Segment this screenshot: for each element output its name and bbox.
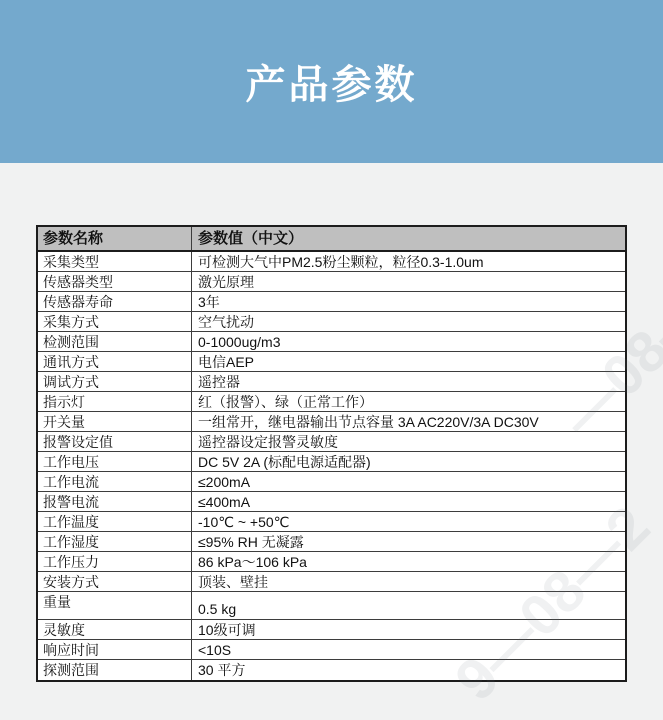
column-header-name: 参数名称 xyxy=(38,227,192,250)
param-value: 可检测大气中PM2.5粉尘颗粒，粒径0.3-1.0um xyxy=(192,252,625,271)
table-row: 通讯方式 电信AEP xyxy=(38,352,625,372)
table-row: 报警设定值 遥控器设定报警灵敏度 xyxy=(38,432,625,452)
param-name: 传感器类型 xyxy=(38,272,192,291)
param-value: 0-1000ug/m3 xyxy=(192,332,625,351)
param-value: 激光原理 xyxy=(192,272,625,291)
table-row: 重量 0.5 kg xyxy=(38,592,625,620)
param-name: 开关量 xyxy=(38,412,192,431)
param-name: 报警设定值 xyxy=(38,432,192,451)
param-name: 检测范围 xyxy=(38,332,192,351)
table-row: 传感器寿命 3年 xyxy=(38,292,625,312)
table-row: 工作湿度 ≤95% RH 无凝露 xyxy=(38,532,625,552)
product-params-table: 参数名称 参数值（中文） 采集类型 可检测大气中PM2.5粉尘颗粒，粒径0.3-… xyxy=(36,225,627,682)
hero-banner: 产品参数 xyxy=(0,0,663,163)
param-value: 3年 xyxy=(192,292,625,311)
param-name: 工作电压 xyxy=(38,452,192,471)
param-value: ≤400mA xyxy=(192,492,625,511)
table-row: 调试方式 遥控器 xyxy=(38,372,625,392)
param-name: 通讯方式 xyxy=(38,352,192,371)
param-name: 工作温度 xyxy=(38,512,192,531)
param-value: 顶装、壁挂 xyxy=(192,572,625,591)
table-row: 工作压力 86 kPa～106 kPa xyxy=(38,552,625,572)
param-value: DC 5V 2A (标配电源适配器) xyxy=(192,452,625,471)
param-name: 工作压力 xyxy=(38,552,192,571)
table-row: 开关量 一组常开，继电器输出节点容量 3A AC220V/3A DC30V xyxy=(38,412,625,432)
param-name: 安装方式 xyxy=(38,572,192,591)
table-row: 工作电压 DC 5V 2A (标配电源适配器) xyxy=(38,452,625,472)
param-value: 一组常开，继电器输出节点容量 3A AC220V/3A DC30V xyxy=(192,412,625,431)
param-name: 灵敏度 xyxy=(38,620,192,639)
param-value: 红（报警）、绿（正常工作） xyxy=(192,392,625,411)
table-row: 采集方式 空气扰动 xyxy=(38,312,625,332)
table-row: 工作温度 -10℃ ~ +50℃ xyxy=(38,512,625,532)
param-name: 重量 xyxy=(38,592,192,619)
param-name: 指示灯 xyxy=(38,392,192,411)
table-row: 响应时间 <10S xyxy=(38,640,625,660)
param-name: 报警电流 xyxy=(38,492,192,511)
param-value: ≤95% RH 无凝露 xyxy=(192,532,625,551)
param-name: 调试方式 xyxy=(38,372,192,391)
table-row: 安装方式 顶装、壁挂 xyxy=(38,572,625,592)
param-name: 响应时间 xyxy=(38,640,192,659)
param-value: 遥控器设定报警灵敏度 xyxy=(192,432,625,451)
param-name: 采集类型 xyxy=(38,252,192,271)
table-row: 报警电流 ≤400mA xyxy=(38,492,625,512)
column-header-value: 参数值（中文） xyxy=(192,227,625,250)
param-value: 电信AEP xyxy=(192,352,625,371)
param-value: 空气扰动 xyxy=(192,312,625,331)
table-row: 工作电流 ≤200mA xyxy=(38,472,625,492)
table-row: 指示灯 红（报警）、绿（正常工作） xyxy=(38,392,625,412)
table-row: 探测范围 30 平方 xyxy=(38,660,625,680)
table-header-row: 参数名称 参数值（中文） xyxy=(38,227,625,252)
table-row: 灵敏度 10级可调 xyxy=(38,620,625,640)
param-value: 0.5 kg xyxy=(192,592,625,619)
param-value: 30 平方 xyxy=(192,660,625,680)
param-name: 探测范围 xyxy=(38,660,192,680)
param-name: 工作湿度 xyxy=(38,532,192,551)
table-row: 传感器类型 激光原理 xyxy=(38,272,625,292)
param-name: 工作电流 xyxy=(38,472,192,491)
param-value: <10S xyxy=(192,640,625,659)
param-value: 10级可调 xyxy=(192,620,625,639)
table-row: 检测范围 0-1000ug/m3 xyxy=(38,332,625,352)
param-name: 采集方式 xyxy=(38,312,192,331)
param-value: 遥控器 xyxy=(192,372,625,391)
param-name: 传感器寿命 xyxy=(38,292,192,311)
table-row: 采集类型 可检测大气中PM2.5粉尘颗粒，粒径0.3-1.0um xyxy=(38,252,625,272)
param-value: -10℃ ~ +50℃ xyxy=(192,512,625,531)
page-title: 产品参数 xyxy=(246,53,418,110)
param-value: ≤200mA xyxy=(192,472,625,491)
param-value: 86 kPa～106 kPa xyxy=(192,552,625,571)
